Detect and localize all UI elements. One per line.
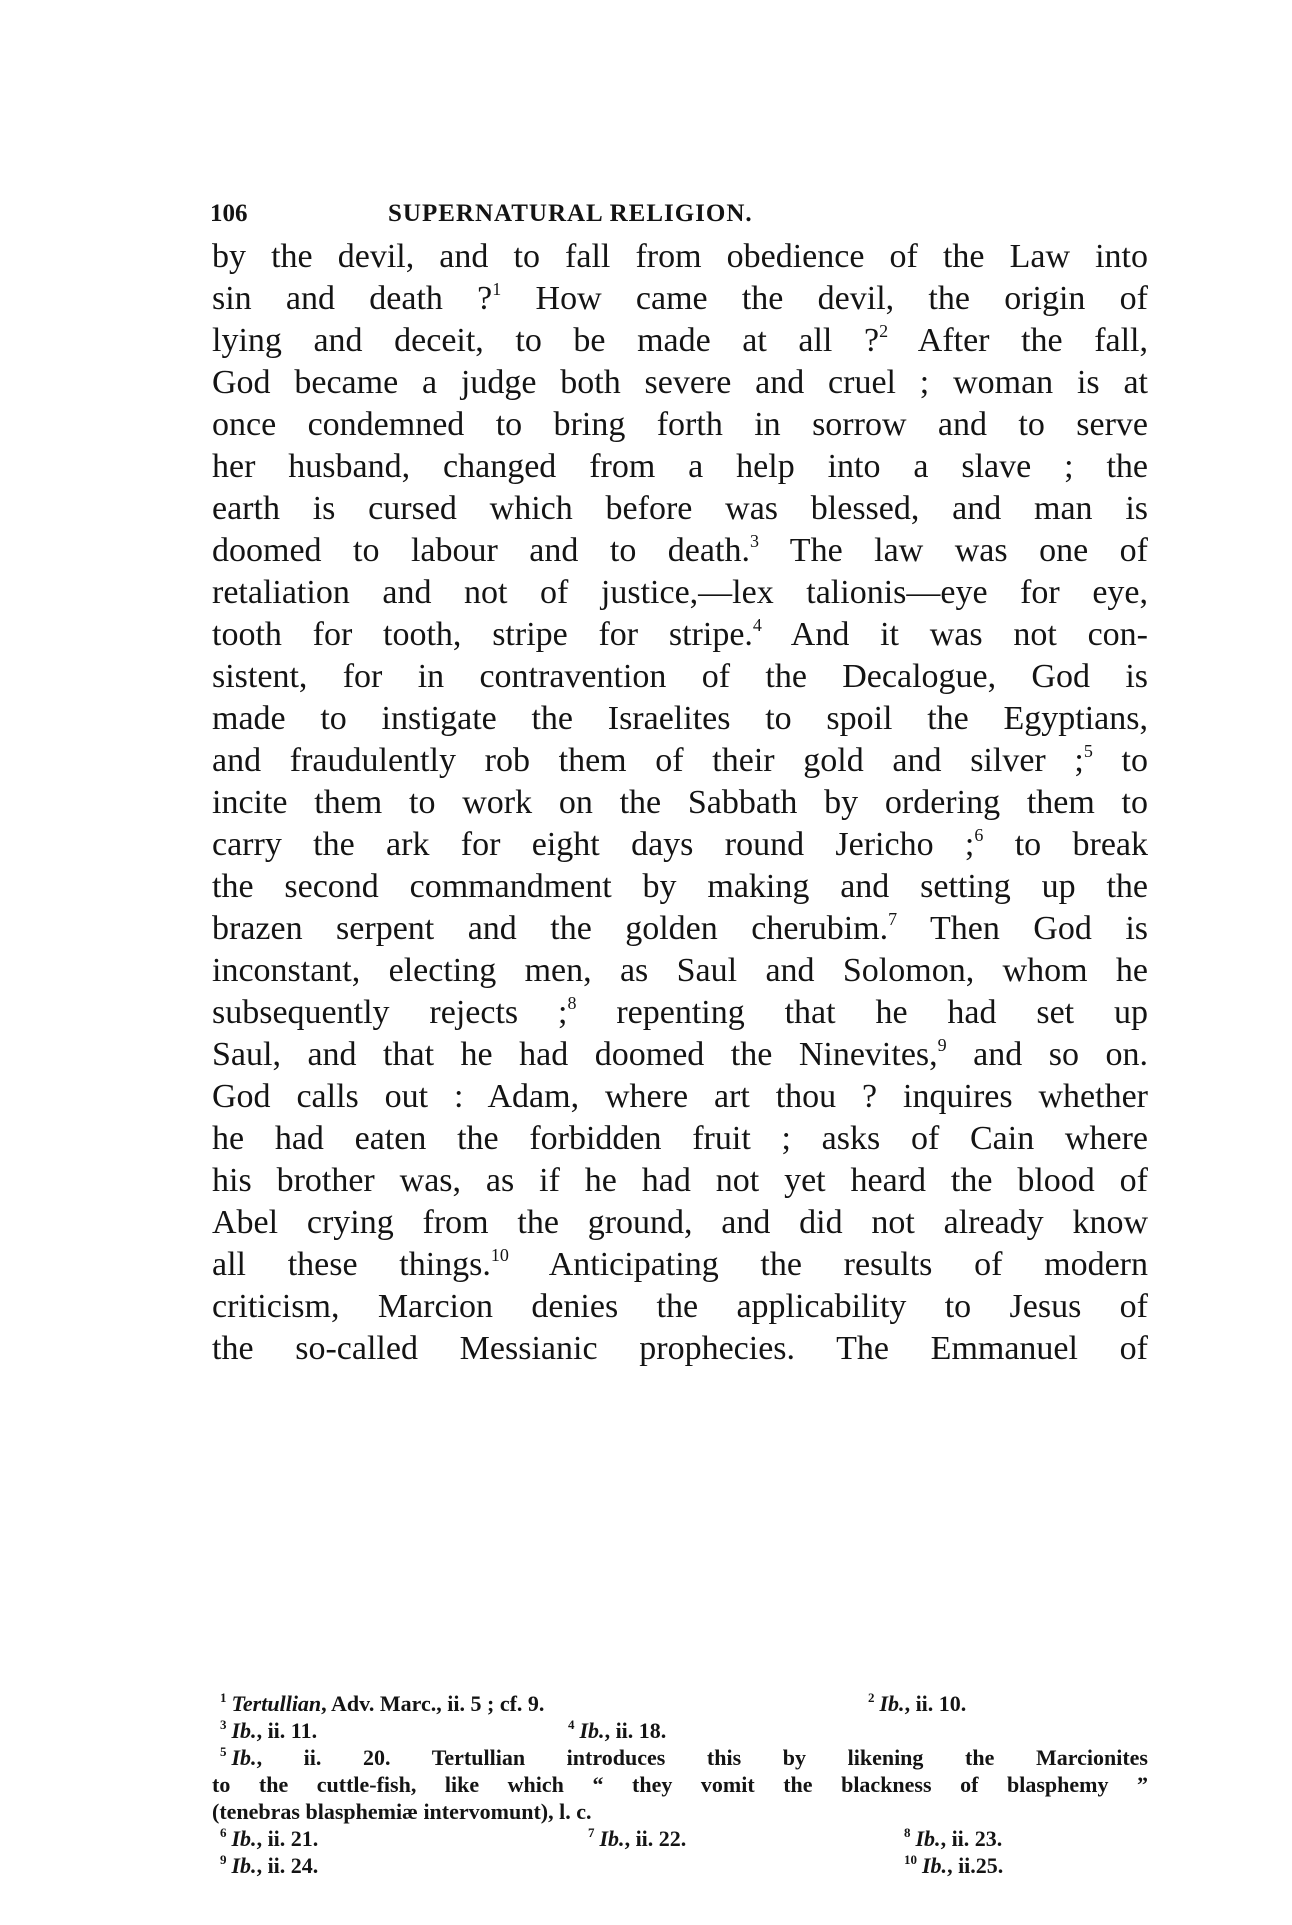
body-line: sistent, for in contravention of the Dec… [212, 656, 1148, 698]
footnote-9: 9Ib., ii. 24. [220, 1852, 318, 1879]
footnote-6: 6Ib., ii. 21. [220, 1825, 318, 1852]
body-line: the second commandment by making and set… [212, 866, 1148, 908]
footnote-ref: 1 [492, 279, 501, 299]
footnote-row: 6Ib., ii. 21. 7Ib., ii. 22. 8Ib., ii. 23… [212, 1825, 1148, 1852]
book-page: 106 SUPERNATURAL RELIGION. by the devil,… [0, 0, 1292, 1925]
page-header: 106 SUPERNATURAL RELIGION. [210, 200, 1150, 240]
body-text: by the devil, and to fall from obedience… [212, 236, 1148, 1370]
footnote-ref: 2 [879, 321, 888, 341]
body-line: doomed to labour and to death.3 The law … [212, 530, 1148, 572]
body-line: incite them to work on the Sabbath by or… [212, 782, 1148, 824]
body-line: subsequently rejects ;8 repenting that h… [212, 992, 1148, 1034]
footnote-5: 5Ib., ii. 20. Tertullian introduces this… [212, 1744, 1148, 1771]
body-line: sin and death ?1 How came the devil, the… [212, 278, 1148, 320]
body-line: his brother was, as if he had not yet he… [212, 1160, 1148, 1202]
body-line: earth is cursed which before was blessed… [212, 488, 1148, 530]
footnote-5-cont: to the cuttle-fish, like which “ they vo… [212, 1771, 1148, 1798]
body-line: the so-called Messianic prophecies. The … [212, 1328, 1148, 1370]
footnotes: 1Tertullian, Adv. Marc., ii. 5 ; cf. 9. … [212, 1690, 1148, 1879]
footnote-ref: 10 [491, 1245, 509, 1265]
footnote-4: 4Ib., ii. 18. [568, 1717, 666, 1744]
footnote-row: 3Ib., ii. 11. 4Ib., ii. 18. [212, 1717, 1148, 1744]
running-title: SUPERNATURAL RELIGION. [388, 200, 753, 228]
body-line: lying and deceit, to be made at all ?2 A… [212, 320, 1148, 362]
body-line: he had eaten the forbidden fruit ; asks … [212, 1118, 1148, 1160]
footnote-ref: 3 [750, 531, 759, 551]
footnote-ref: 7 [888, 909, 897, 929]
body-line: God became a judge both severe and cruel… [212, 362, 1148, 404]
body-line: criticism, Marcion denies the applicabil… [212, 1286, 1148, 1328]
body-line: Abel crying from the ground, and did not… [212, 1202, 1148, 1244]
body-line: and fraudulently rob them of their gold … [212, 740, 1148, 782]
body-line: her husband, changed from a help into a … [212, 446, 1148, 488]
footnote-1: 1Tertullian, Adv. Marc., ii. 5 ; cf. 9. [220, 1690, 544, 1717]
body-line: God calls out : Adam, where art thou ? i… [212, 1076, 1148, 1118]
footnote-row: 1Tertullian, Adv. Marc., ii. 5 ; cf. 9. … [212, 1690, 1148, 1717]
body-line: by the devil, and to fall from obedience… [212, 236, 1148, 278]
footnote-ref: 4 [753, 615, 762, 635]
body-line: tooth for tooth, stripe for stripe.4 And… [212, 614, 1148, 656]
footnote-row: 9Ib., ii. 24. 10Ib., ii.25. [212, 1852, 1148, 1879]
footnote-7: 7Ib., ii. 22. [588, 1825, 686, 1852]
body-line: brazen serpent and the golden cherubim.7… [212, 908, 1148, 950]
footnote-2: 2Ib., ii. 10. [868, 1690, 966, 1717]
page-number: 106 [210, 200, 248, 228]
body-line: carry the ark for eight days round Jeric… [212, 824, 1148, 866]
footnote-ref: 5 [1084, 741, 1093, 761]
body-line: once condemned to bring forth in sorrow … [212, 404, 1148, 446]
body-line: made to instigate the Israelites to spoi… [212, 698, 1148, 740]
footnote-8: 8Ib., ii. 23. [904, 1825, 1002, 1852]
footnote-ref: 9 [938, 1035, 947, 1055]
footnote-3: 3Ib., ii. 11. [220, 1717, 317, 1744]
body-line: Saul, and that he had doomed the Ninevit… [212, 1034, 1148, 1076]
body-line: retaliation and not of justice,—lex tali… [212, 572, 1148, 614]
footnote-5-cont: (tenebras blasphemiæ intervomunt), l. c. [212, 1798, 1148, 1825]
footnote-10: 10Ib., ii.25. [904, 1852, 1003, 1879]
body-line: inconstant, electing men, as Saul and So… [212, 950, 1148, 992]
body-line: all these things.10 Anticipating the res… [212, 1244, 1148, 1286]
